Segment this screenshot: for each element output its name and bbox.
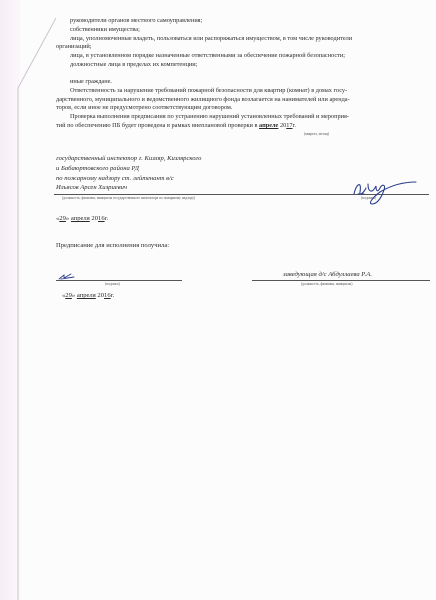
responsibility-line-1: Ответственность за нарушение требований … (70, 87, 347, 95)
recipient-name-line (252, 280, 430, 281)
inspector-date-year-end: г. (105, 215, 109, 222)
inspector-name: Ильясов Арсен Хизриевич (56, 183, 127, 193)
recipient-date: «29» апреля 2016г. (62, 292, 114, 300)
recipient-date-month: апреля (77, 292, 96, 299)
inspection-line-2-text: тий по обеспечению ПБ будет проведена в … (56, 122, 259, 129)
inspector-title-line-2: и Бабаюртовского района РД (56, 164, 139, 174)
recipient-date-day: 29 (65, 292, 72, 299)
recipient-date-year-end: г. (111, 292, 115, 299)
inspector-date-year-suffix: 16 (98, 215, 105, 222)
date-close-quote: » (66, 215, 69, 222)
responsibility-line-3: торов, если иное не предусмотрено соотве… (56, 104, 232, 112)
inspection-line-2: тий по обеспечению ПБ будет проведена в … (56, 122, 296, 130)
date-close-quote: » (72, 292, 75, 299)
page-fold-mark (0, 0, 60, 600)
list-item-officials: должностные лица в пределах их компетенц… (70, 61, 197, 69)
list-item-organizations: организаций; (56, 43, 92, 51)
inspector-date: «29» апреля 2016г. (56, 215, 108, 223)
recipient-signature-caption: (подпись) (105, 282, 120, 286)
recipient-name: заведующая д/с Абдуллаева Р.А. (283, 270, 372, 280)
inspection-line-1: Проверка выполнения предписания по устра… (70, 113, 349, 121)
list-item-authorized-persons: лица, уполномоченные владеть, пользовать… (70, 35, 352, 43)
received-label: Предписание для исполнения получила: (56, 242, 169, 250)
list-item-local-government: руководители органов местного самоуправл… (70, 17, 202, 25)
inspector-title-line-1: государственный инспектор г. Кизляр, Киз… (56, 154, 201, 164)
inspector-signature (350, 170, 430, 210)
list-item-appointed-responsible: лица, в установленном порядке назначенны… (70, 52, 345, 60)
list-item-owners: собственники имущества; (70, 26, 140, 34)
document-page: руководители органов местного самоуправл… (0, 0, 436, 600)
recipient-signature (58, 272, 76, 281)
inspector-date-day: 29 (59, 215, 66, 222)
inspector-caption: (должность, фамилия, инициалы государств… (62, 196, 195, 200)
list-item-citizens: иные граждане. (70, 78, 112, 86)
inspection-month: апреле (259, 122, 278, 129)
inspection-year-end: г. (293, 122, 296, 129)
recipient-date-year-suffix: 16 (104, 292, 111, 299)
inspector-date-month: апреля (71, 215, 90, 222)
inspection-period-caption: (квартал, месяц) (304, 132, 329, 136)
recipient-name-caption: (должность, фамилия, инициалы) (301, 282, 352, 286)
